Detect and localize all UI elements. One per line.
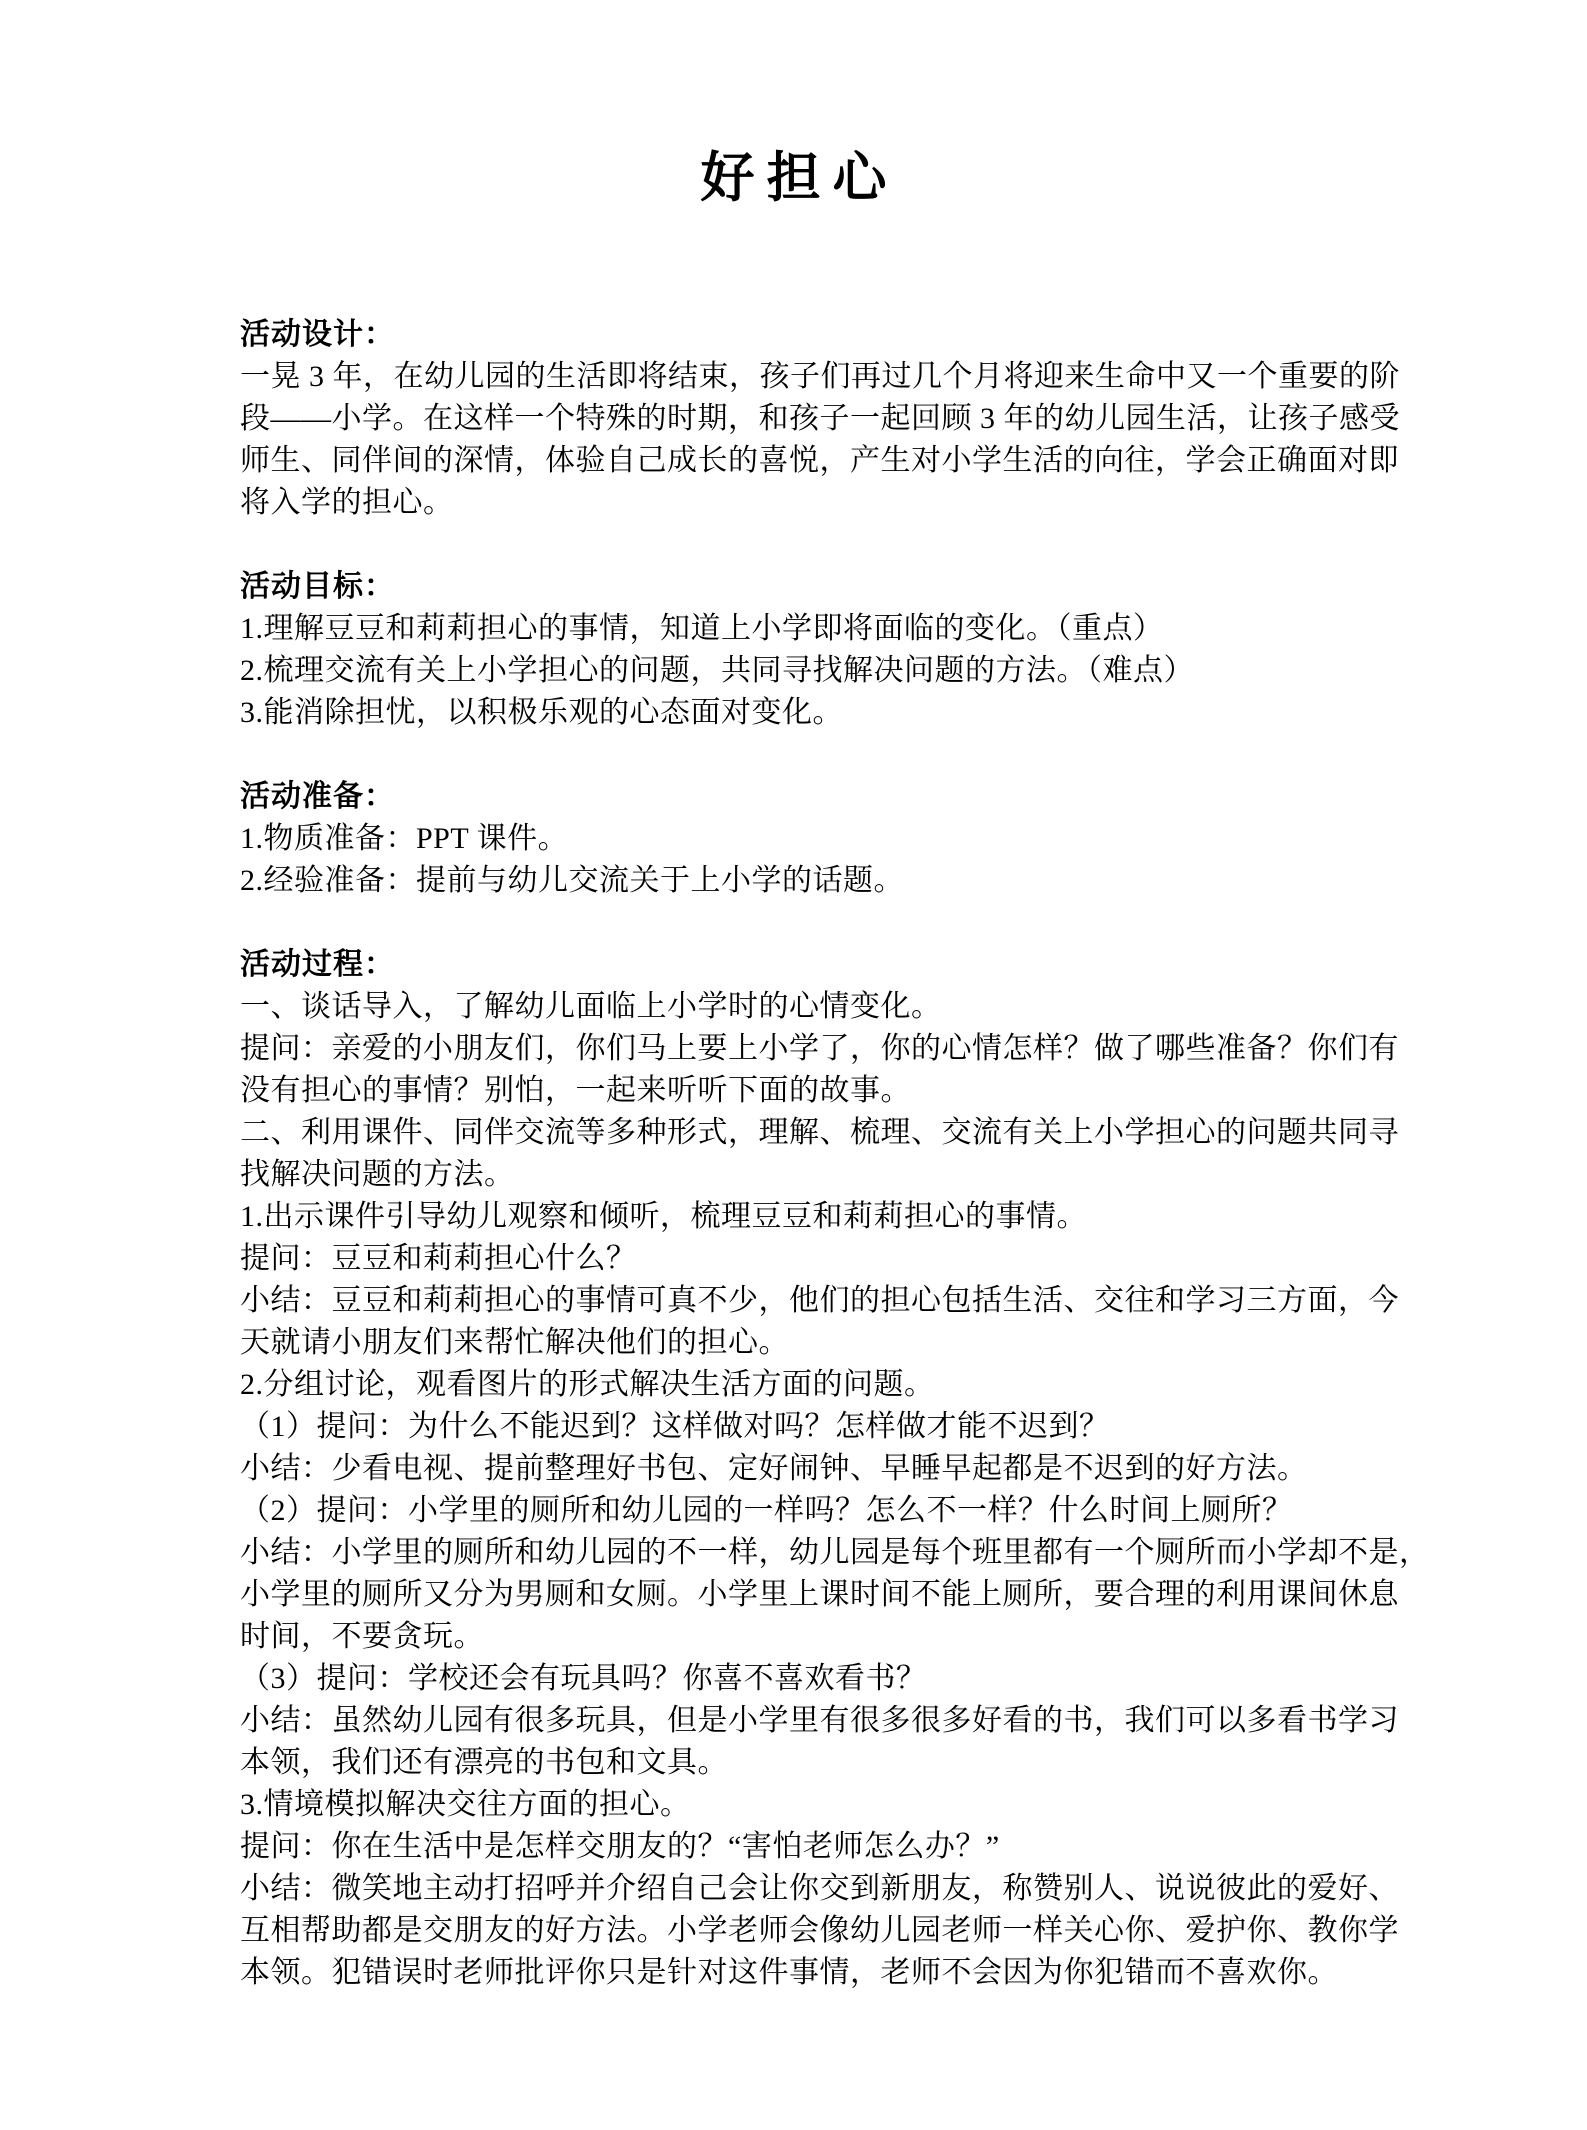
text-line: 3.能消除担忧，以积极乐观的心态面对变化。 (240, 692, 1350, 734)
text-line: 师生、同伴间的深情，体验自己成长的喜悦，产生对小学生活的向往，学会正确面对即 (240, 440, 1350, 482)
text-line: 小结：微笑地主动打招呼并介绍自己会让你交到新朋友，称赞别人、说说彼此的爱好、 (240, 1868, 1350, 1910)
document-body: 活动设计：一晃 3 年，在幼儿园的生活即将结束，孩子们再过几个月将迎来生命中又一… (240, 314, 1350, 1994)
text-line: 小结：少看电视、提前整理好书包、定好闹钟、早睡早起都是不迟到的好方法。 (240, 1448, 1350, 1490)
text-line: 提问：亲爱的小朋友们，你们马上要上小学了，你的心情怎样？做了哪些准备？你们有 (240, 1028, 1350, 1070)
text-line: 小结：小学里的厕所和幼儿园的不一样，幼儿园是每个班里都有一个厕所而小学却不是， (240, 1532, 1350, 1574)
text-line: 1.物质准备：PPT 课件。 (240, 818, 1350, 860)
text-line: 小学里的厕所又分为男厕和女厕。小学里上课时间不能上厕所，要合理的利用课间休息 (240, 1574, 1350, 1616)
text-line: 本领。犯错误时老师批评你只是针对这件事情，老师不会因为你犯错而不喜欢你。 (240, 1952, 1350, 1994)
text-line: 1.理解豆豆和莉莉担心的事情，知道上小学即将面临的变化。（重点） (240, 608, 1350, 650)
text-line: （3）提问：学校还会有玩具吗？你喜不喜欢看书？ (240, 1658, 1350, 1700)
document-section: 活动准备：1.物质准备：PPT 课件。2.经验准备：提前与幼儿交流关于上小学的话… (240, 776, 1350, 902)
text-line: 一晃 3 年，在幼儿园的生活即将结束，孩子们再过几个月将迎来生命中又一个重要的阶 (240, 356, 1350, 398)
text-line: 一、谈话导入，了解幼儿面临上小学时的心情变化。 (240, 986, 1350, 1028)
document-title: 好担心 (0, 138, 1587, 218)
text-line: 小结：虽然幼儿园有很多玩具，但是小学里有很多很多好看的书，我们可以多看书学习 (240, 1700, 1350, 1742)
document-section: 活动过程：一、谈话导入，了解幼儿面临上小学时的心情变化。提问：亲爱的小朋友们，你… (240, 944, 1350, 1994)
text-line: 互相帮助都是交朋友的好方法。小学老师会像幼儿园老师一样关心你、爱护你、教你学 (240, 1910, 1350, 1952)
text-line: 找解决问题的方法。 (240, 1154, 1350, 1196)
text-line: 时间，不要贪玩。 (240, 1616, 1350, 1658)
document-page: 好担心 活动设计：一晃 3 年，在幼儿园的生活即将结束，孩子们再过几个月将迎来生… (0, 0, 1587, 2130)
section-gap (240, 524, 1350, 566)
text-line: 二、利用课件、同伴交流等多种形式，理解、梳理、交流有关上小学担心的问题共同寻 (240, 1112, 1350, 1154)
document-section: 活动设计：一晃 3 年，在幼儿园的生活即将结束，孩子们再过几个月将迎来生命中又一… (240, 314, 1350, 524)
text-line: 本领，我们还有漂亮的书包和文具。 (240, 1742, 1350, 1784)
section-heading: 活动过程： (240, 944, 1350, 986)
section-gap (240, 734, 1350, 776)
section-heading: 活动设计： (240, 314, 1350, 356)
text-line: 2.梳理交流有关上小学担心的问题，共同寻找解决问题的方法。（难点） (240, 650, 1350, 692)
text-line: （1）提问：为什么不能迟到？这样做对吗？怎样做才能不迟到？ (240, 1406, 1350, 1448)
text-line: 将入学的担心。 (240, 482, 1350, 524)
text-line: 提问：豆豆和莉莉担心什么？ (240, 1238, 1350, 1280)
section-heading: 活动目标： (240, 566, 1350, 608)
section-gap (240, 902, 1350, 944)
text-line: 段——小学。在这样一个特殊的时期，和孩子一起回顾 3 年的幼儿园生活，让孩子感受 (240, 398, 1350, 440)
text-line: 提问：你在生活中是怎样交朋友的？“害怕老师怎么办？” (240, 1826, 1350, 1868)
section-heading: 活动准备： (240, 776, 1350, 818)
document-section: 活动目标：1.理解豆豆和莉莉担心的事情，知道上小学即将面临的变化。（重点）2.梳… (240, 566, 1350, 734)
text-line: 1.出示课件引导幼儿观察和倾听，梳理豆豆和莉莉担心的事情。 (240, 1196, 1350, 1238)
text-line: 没有担心的事情？别怕，一起来听听下面的故事。 (240, 1070, 1350, 1112)
text-line: 2.经验准备：提前与幼儿交流关于上小学的话题。 (240, 860, 1350, 902)
text-line: （2）提问：小学里的厕所和幼儿园的一样吗？怎么不一样？什么时间上厕所？ (240, 1490, 1350, 1532)
text-line: 天就请小朋友们来帮忙解决他们的担心。 (240, 1322, 1350, 1364)
text-line: 3.情境模拟解决交往方面的担心。 (240, 1784, 1350, 1826)
text-line: 2.分组讨论，观看图片的形式解决生活方面的问题。 (240, 1364, 1350, 1406)
text-line: 小结：豆豆和莉莉担心的事情可真不少，他们的担心包括生活、交往和学习三方面，今 (240, 1280, 1350, 1322)
